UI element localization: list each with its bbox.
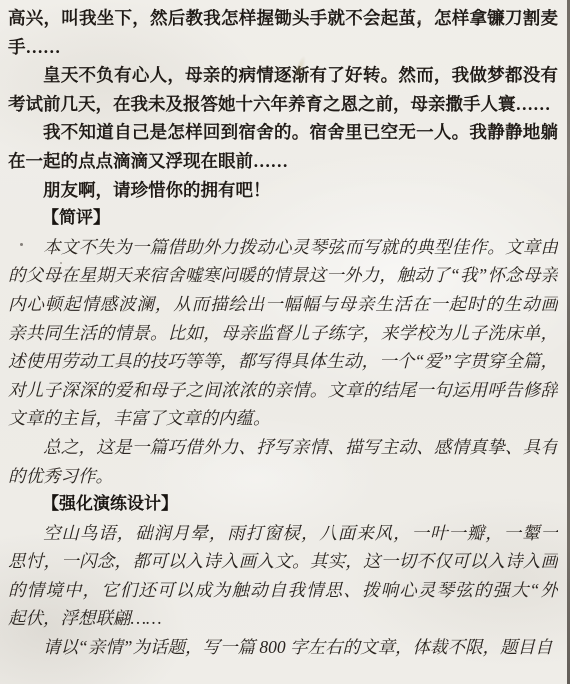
scan-noise-speck [20,243,23,246]
document-text-block: 高兴，叫我坐下，然后教我怎样握锄头手就不会起茧，怎样拿镰刀割麦时才不会伤手……皇… [8,4,558,662]
text-line: 述使用劳动工具的技巧等等，都写得具体生动，一个“爱”字贯穿全篇，表现出母亲 [8,347,558,376]
text-line: 高兴，叫我坐下，然后教我怎样握锄头手就不会起茧，怎样拿镰刀割麦时才不会伤 [8,4,558,33]
text-line: 的父母在星期天来宿舍嘘寒问暖的情景这一外力，触动了“我”怀念母亲的情思， [8,261,558,290]
text-line: 朋友啊，请珍惜你的拥有吧！ [8,176,558,205]
text-line: 考试前几天，在我未及报答她十六年养育之恩之前，母亲撒手人寰…… [8,90,558,119]
text-line: 本文不失为一篇借助外力拨动心灵琴弦而写就的典型佳作。文章由目睹同学 [8,233,558,262]
text-line: 总之，这是一篇巧借外力、抒写亲情、描写主动、感情真挚、具有较强情感力量 [8,433,558,462]
text-line: 空山鸟语，础润月晕，雨打窗棂，八面来风，一叶一瓣，一颦一笑，一丝一线，一 [8,519,558,548]
text-line: 在一起的点点滴滴又浮现在眼前…… [8,147,558,176]
text-line: 我不知道自己是怎样回到宿舍的。宿舍里已空无一人。我静静地躺着，和母亲 [8,118,558,147]
text-line: 的情境中，它们还可以成为触动自我情思、拨响心灵琴弦的强大“外力”，使你心潮 [8,576,558,605]
section-heading: 【强化演练设计】 [8,490,558,519]
text-line: 亲共同生活的情景。比如，母亲监督儿子练字，来学校为儿子洗床单，病中为儿子讲 [8,319,558,348]
text-line: 思忖，一闪念，都可以入诗入画入文。其实，这一切不仅可以入诗入画入文，在一定 [8,547,558,576]
text-line: 的优秀习作。 [8,462,558,491]
scan-noise-speck [530,352,532,354]
text-line: 皇天不负有心人，母亲的病情逐渐有了好转。然而，我做梦都没有想到，在期中 [8,61,558,90]
text-line: 文章的主旨，丰富了文章的内蕴。 [8,404,558,433]
text-line: 对儿子深深的爱和母子之间浓浓的亲情。文章的结尾一句运用呼告修辞格，升华了 [8,376,558,405]
scan-noise-speck [418,20,421,23]
text-line: 内心顿起情感波澜，从而描绘出一幅幅与母亲生活在一起时的生动画面，再现与母 [8,290,558,319]
text-line: 请以“亲情”为话题，写一篇 800 字左右的文章，体裁不限，题目自拟。 [8,633,558,662]
text-line: 手…… [8,33,558,62]
text-line: 起伏，浮想联翩…… [8,604,558,633]
section-heading: 【简评】 [8,204,558,233]
scan-noise-speck [60,262,62,264]
scanned-book-page: 高兴，叫我坐下，然后教我怎样握锄头手就不会起茧，怎样拿镰刀割麦时才不会伤手……皇… [0,0,570,684]
